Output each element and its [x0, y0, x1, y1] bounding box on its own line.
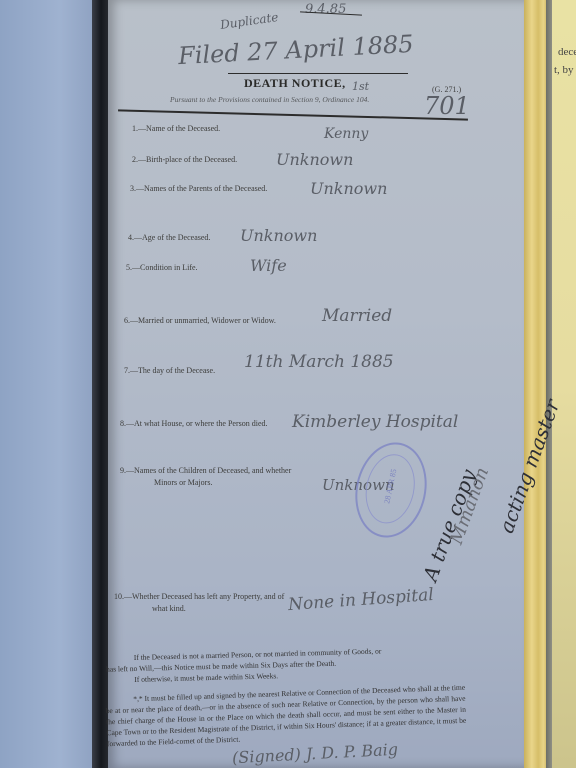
field-label-decease-day: 7.—The day of the Decease.	[124, 366, 215, 375]
field-label-age: 4.—Age of the Deceased.	[128, 233, 210, 242]
document-subtitle: Pursuant to the Provisions contained in …	[170, 95, 369, 104]
field-label-children-2: Minors or Majors.	[154, 478, 212, 487]
field-value-place: Kimberley Hospital	[292, 412, 458, 432]
adjacent-text-2: t, by	[554, 64, 574, 76]
field-label-name: 1.—Name of the Deceased.	[132, 124, 220, 133]
field-label-condition: 5.—Condition in Life.	[126, 263, 198, 272]
adjacent-page: dece t, by	[552, 0, 576, 768]
title-mark: 1st	[352, 80, 369, 93]
field-value-birthplace: Unknown	[276, 150, 353, 169]
notice-number: 701	[424, 92, 470, 120]
top-ref-annotation: 9.4.85	[305, 2, 346, 17]
field-label-children: 9.—Names of the Children of Deceased, an…	[120, 466, 291, 475]
field-value-marital: Married	[322, 306, 392, 326]
field-label-parents: 3.—Names of the Parents of the Deceased.	[130, 184, 267, 193]
field-label-property-2: what kind.	[152, 604, 186, 613]
field-label-marital: 6.—Married or unmarried, Widower or Wido…	[124, 316, 276, 325]
field-value-name: Kenny	[324, 126, 368, 142]
field-label-place: 8.—At what House, or where the Person di…	[120, 419, 268, 428]
adjacent-text-1: dece	[558, 46, 576, 58]
field-value-age: Unknown	[240, 226, 317, 245]
background-surface	[0, 0, 100, 768]
field-value-parents: Unknown	[310, 179, 387, 198]
field-value-decease-day: 11th March 1885	[244, 352, 394, 372]
title-top-rule	[228, 73, 408, 74]
field-label-property: 10.—Whether Deceased has left any Proper…	[114, 592, 284, 601]
field-label-birthplace: 2.—Birth-place of the Deceased.	[132, 155, 237, 164]
field-value-condition: Wife	[250, 256, 287, 275]
document-title: DEATH NOTICE,	[244, 76, 346, 91]
